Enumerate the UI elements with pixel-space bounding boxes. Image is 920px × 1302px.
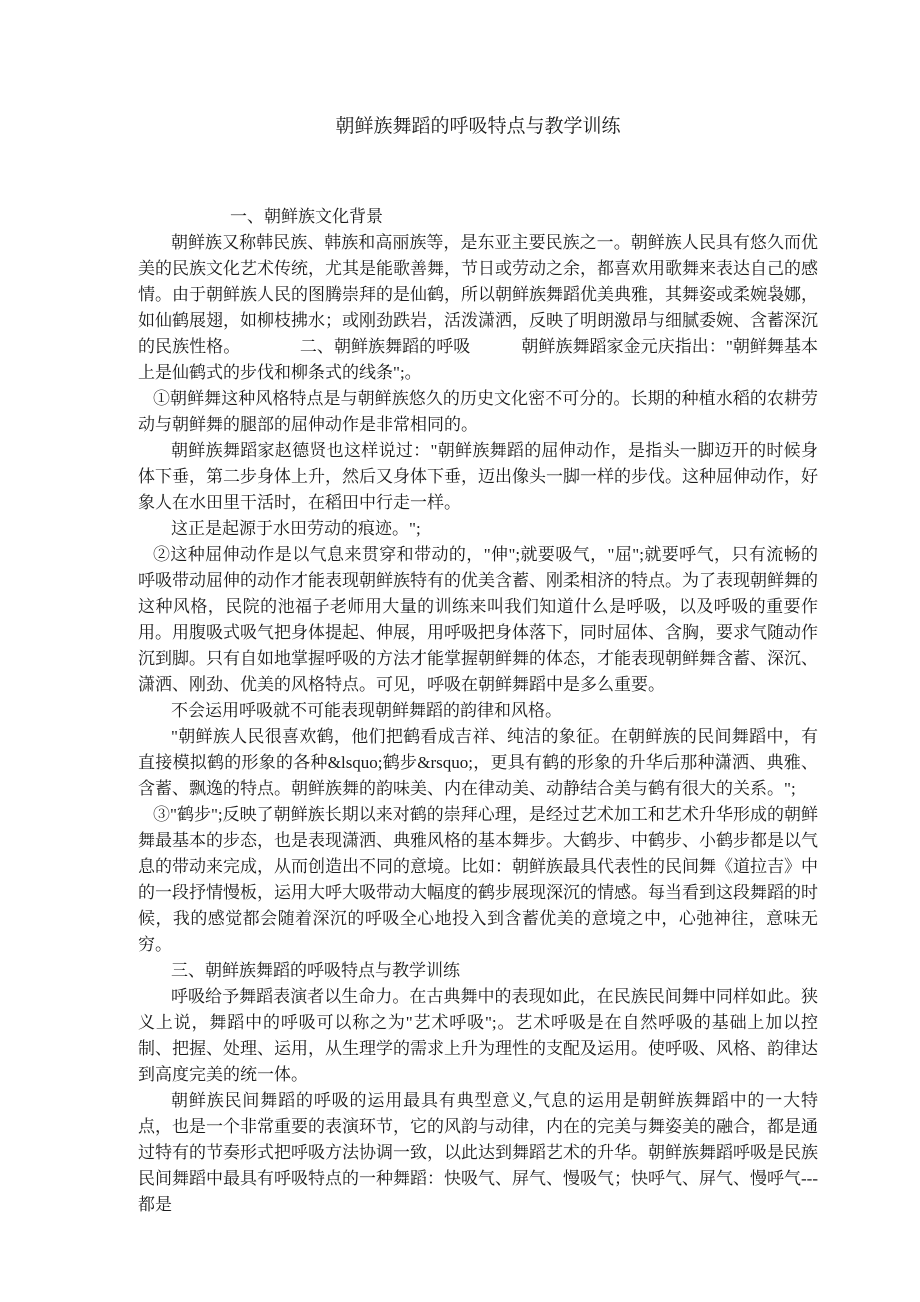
paragraph-breathing-types: 朝鲜族民间舞蹈的呼吸的运用最具有典型意义,气息的运用是朝鲜族舞蹈中的一大特点，也… <box>138 1088 818 1218</box>
paragraph-culture-background: 朝鲜族又称韩民族、韩族和高丽族等，是东亚主要民族之一。朝鲜族人民具有悠久而优美的… <box>138 230 818 386</box>
section-heading-1: 一、朝鲜族文化背景 <box>138 204 818 230</box>
paragraph-crane-symbol: "朝鲜族人民很喜欢鹤，他们把鹤看成吉祥、纯洁的象征。在朝鲜族的民间舞蹈中，有直接… <box>138 724 818 802</box>
paragraph-paddy-origin: 这正是起源于水田劳动的痕迹。"; <box>138 516 818 542</box>
paragraph-artistic-breathing: 呼吸给予舞蹈表演者以生命力。在古典舞中的表现如此，在民族民间舞中同样如此。狭义上… <box>138 984 818 1088</box>
paragraph-circled-3: ③"鹤步";反映了朝鲜族长期以来对鹤的崇拜心理，是经过艺术加工和艺术升华形成的朝… <box>138 802 818 958</box>
document-page: 朝鲜族舞蹈的呼吸特点与教学训练 一、朝鲜族文化背景 朝鲜族又称韩民族、韩族和高丽… <box>0 0 920 1302</box>
document-content: 朝鲜族舞蹈的呼吸特点与教学训练 一、朝鲜族文化背景 朝鲜族又称韩民族、韩族和高丽… <box>138 112 818 1218</box>
document-title: 朝鲜族舞蹈的呼吸特点与教学训练 <box>138 112 818 142</box>
paragraph-breath-importance: 不会运用呼吸就不可能表现朝鲜舞蹈的韵律和风格。 <box>138 698 818 724</box>
paragraph-zhaodexian-quote: 朝鲜族舞蹈家赵德贤也这样说过："朝鲜族舞蹈的屈伸动作，是指头一脚迈开的时候身体下… <box>138 438 818 516</box>
paragraph-circled-1: ①朝鲜舞这种风格特点是与朝鲜族悠久的历史文化密不可分的。长期的种植水稻的农耕劳动… <box>138 386 818 438</box>
paragraph-circled-2: ②这种屈伸动作是以气息来贯穿和带动的，"伸";就要吸气，"屈";就要呼气，只有流… <box>138 542 818 698</box>
section-heading-3: 三、朝鲜族舞蹈的呼吸特点与教学训练 <box>138 958 818 984</box>
